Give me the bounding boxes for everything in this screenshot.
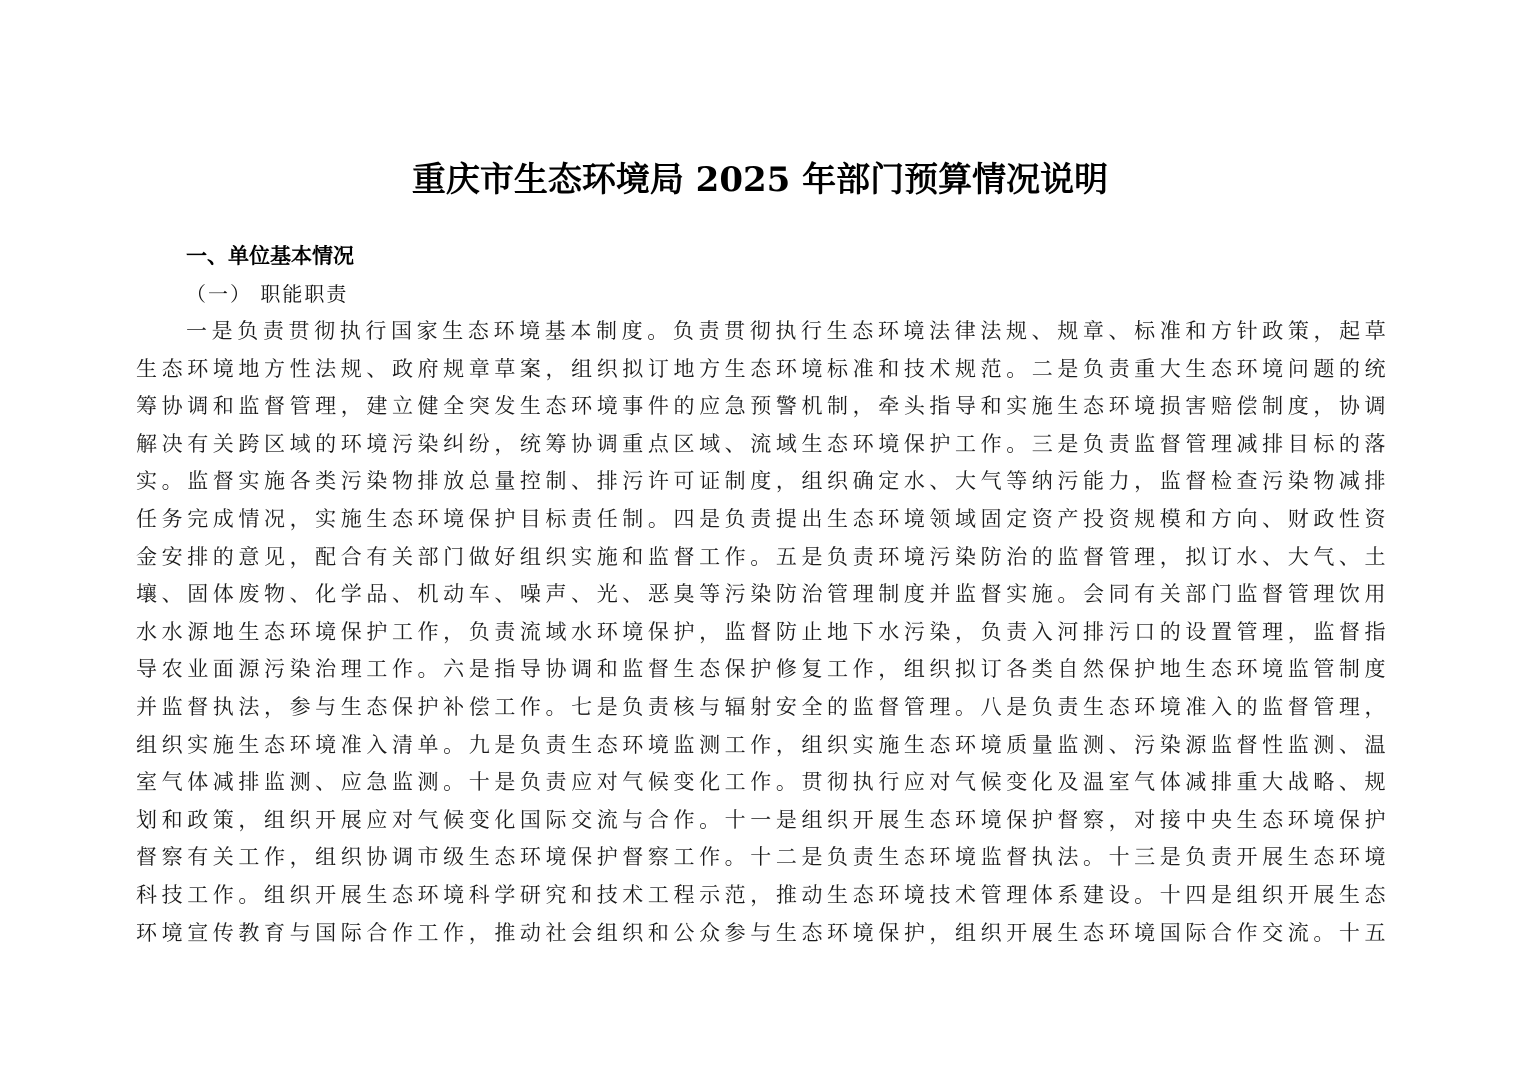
body-line: 组织实施生态环境准入清单。九是负责生态环境监测工作，组织实施生态环境质量监测、污… <box>136 727 1386 765</box>
body-line: 解决有关跨区域的环境污染纠纷，统筹协调重点区域、流域生态环境保护工作。三是负责监… <box>136 426 1386 464</box>
body-line: 划和政策，组织开展应对气候变化国际交流与合作。十一是组织开展生态环境保护督察，对… <box>136 802 1386 840</box>
body-line: 壤、固体废物、化学品、机动车、噪声、光、恶臭等污染防治管理制度并监督实施。会同有… <box>136 576 1386 614</box>
page-title: 重庆市生态环境局 2025 年部门预算情况说明 <box>0 157 1520 203</box>
body-line: 室气体减排监测、应急监测。十是负责应对气候变化工作。贯彻执行应对气候变化及温室气… <box>136 764 1386 802</box>
body-paragraph: 一是负责贯彻执行国家生态环境基本制度。负责贯彻执行生态环境法律法规、规章、标准和… <box>136 313 1386 952</box>
body-line: 筹协调和监督管理，建立健全突发生态环境事件的应急预警机制，牵头指导和实施生态环境… <box>136 388 1386 426</box>
body-line: 水水源地生态环境保护工作，负责流域水环境保护，监督防止地下水污染，负责入河排污口… <box>136 614 1386 652</box>
section-heading-unit-basic-info: 一、单位基本情况 <box>186 240 354 272</box>
body-line: 并监督执法，参与生态保护补偿工作。七是负责核与辐射安全的监督管理。八是负责生态环… <box>136 689 1386 727</box>
body-line: 环境宣传教育与国际合作工作，推动社会组织和公众参与生态环境保护，组织开展生态环境… <box>136 915 1386 953</box>
body-line: 导农业面源污染治理工作。六是指导协调和监督生态保护修复工作，组织拟订各类自然保护… <box>136 651 1386 689</box>
body-line: 生态环境地方性法规、政府规章草案，组织拟订地方生态环境标准和技术规范。二是负责重… <box>136 351 1386 389</box>
body-line: 实。监督实施各类污染物排放总量控制、排污许可证制度，组织确定水、大气等纳污能力，… <box>136 463 1386 501</box>
body-line: 督察有关工作，组织协调市级生态环境保护督察工作。十二是负责生态环境监督执法。十三… <box>136 839 1386 877</box>
subsection-heading-functions-duties: （一） 职能职责 <box>186 278 348 310</box>
body-line: 金安排的意见，配合有关部门做好组织实施和监督工作。五是负责环境污染防治的监督管理… <box>136 539 1386 577</box>
body-line: 任务完成情况，实施生态环境保护目标责任制。四是负责提出生态环境领域固定资产投资规… <box>136 501 1386 539</box>
body-line: 一是负责贯彻执行国家生态环境基本制度。负责贯彻执行生态环境法律法规、规章、标准和… <box>136 313 1386 351</box>
body-line: 科技工作。组织开展生态环境科学研究和技术工程示范，推动生态环境技术管理体系建设。… <box>136 877 1386 915</box>
